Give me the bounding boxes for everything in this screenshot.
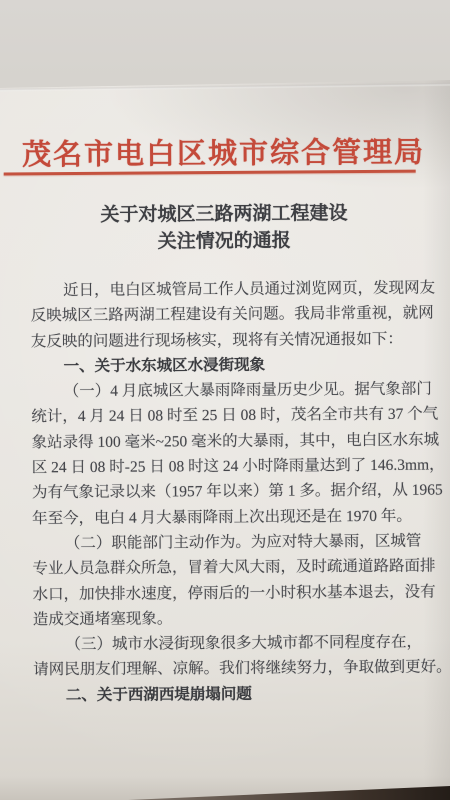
doc-line: 专业人员急群众所急，冒着大风大雨，及时疏通道路路面排 <box>32 554 424 582</box>
doc-line: （二）职能部门主动作为。为应对特大暴雨，区城管 <box>32 529 424 557</box>
doc-line: （三）城市水浸街现象很多大城市都不同程度存在， <box>33 630 425 658</box>
doc-line: 请网民朋友们理解、凉解。我们将继续努力，争取做到更好。 <box>33 655 425 683</box>
doc-body: 近日，电白区城管局工作人员通过浏览网页，发现网友反映城区三路两湖工程建设有关问题… <box>30 276 425 709</box>
agency-letterhead: 茂名市电白区城市综合管理局 <box>0 129 449 173</box>
doc-line: 水口，加快排水速度，停雨后的一小时积水基本退去，没有 <box>33 579 425 607</box>
doc-line: 友反映的问题进行现场核实，现将有关情况通报如下： <box>31 326 423 354</box>
doc-line: 造成交通堵塞现象。 <box>33 604 425 632</box>
section-2-heading: 二、关于西湖西堤崩塌问题 <box>33 680 425 708</box>
section-1-heading: 一、关于水东城区水浸街现象 <box>31 352 423 380</box>
document-photo: 茂名市电白区城市综合管理局 关于对城区三路两湖工程建设 关注情况的通报 近日，电… <box>0 0 450 800</box>
doc-line: 反映城区三路两湖工程建设有关问题。我局非常重视，就网 <box>31 301 423 329</box>
doc-line: 象站录得 100 毫米~250 毫米的大暴雨，其中，电白区水东城 <box>31 427 423 455</box>
doc-line: （一）4 月底城区大暴雨降雨量历史少见。据气象部门 <box>31 377 423 405</box>
doc-title-line1: 关于对城区三路两湖工程建设 <box>0 199 449 229</box>
paper-sheet: 茂名市电白区城市综合管理局 关于对城区三路两湖工程建设 关注情况的通报 近日，电… <box>0 0 450 800</box>
doc-line: 统计，4 月 24 日 08 时至 25 日 08 时，茂名全市共有 37 个气 <box>31 402 423 430</box>
doc-line: 为有气象记录以来（1957 年以来）第 1 多。据介绍，从 1965 <box>32 478 424 506</box>
doc-line: 近日，电白区城管局工作人员通过浏览网页，发现网友 <box>30 276 422 304</box>
document-content: 茂名市电白区城市综合管理局 关于对城区三路两湖工程建设 关注情况的通报 近日，电… <box>0 0 450 800</box>
doc-title: 关于对城区三路两湖工程建设 关注情况的通报 <box>0 199 449 256</box>
doc-line: 年至今，电白 4 月大暴雨降雨上次出现还是在 1970 年。 <box>32 503 424 531</box>
doc-title-line2: 关注情况的通报 <box>0 226 449 256</box>
doc-line: 区 24 日 08 时-25 日 08 时这 24 小时降雨量达到了 146.3… <box>32 453 424 481</box>
